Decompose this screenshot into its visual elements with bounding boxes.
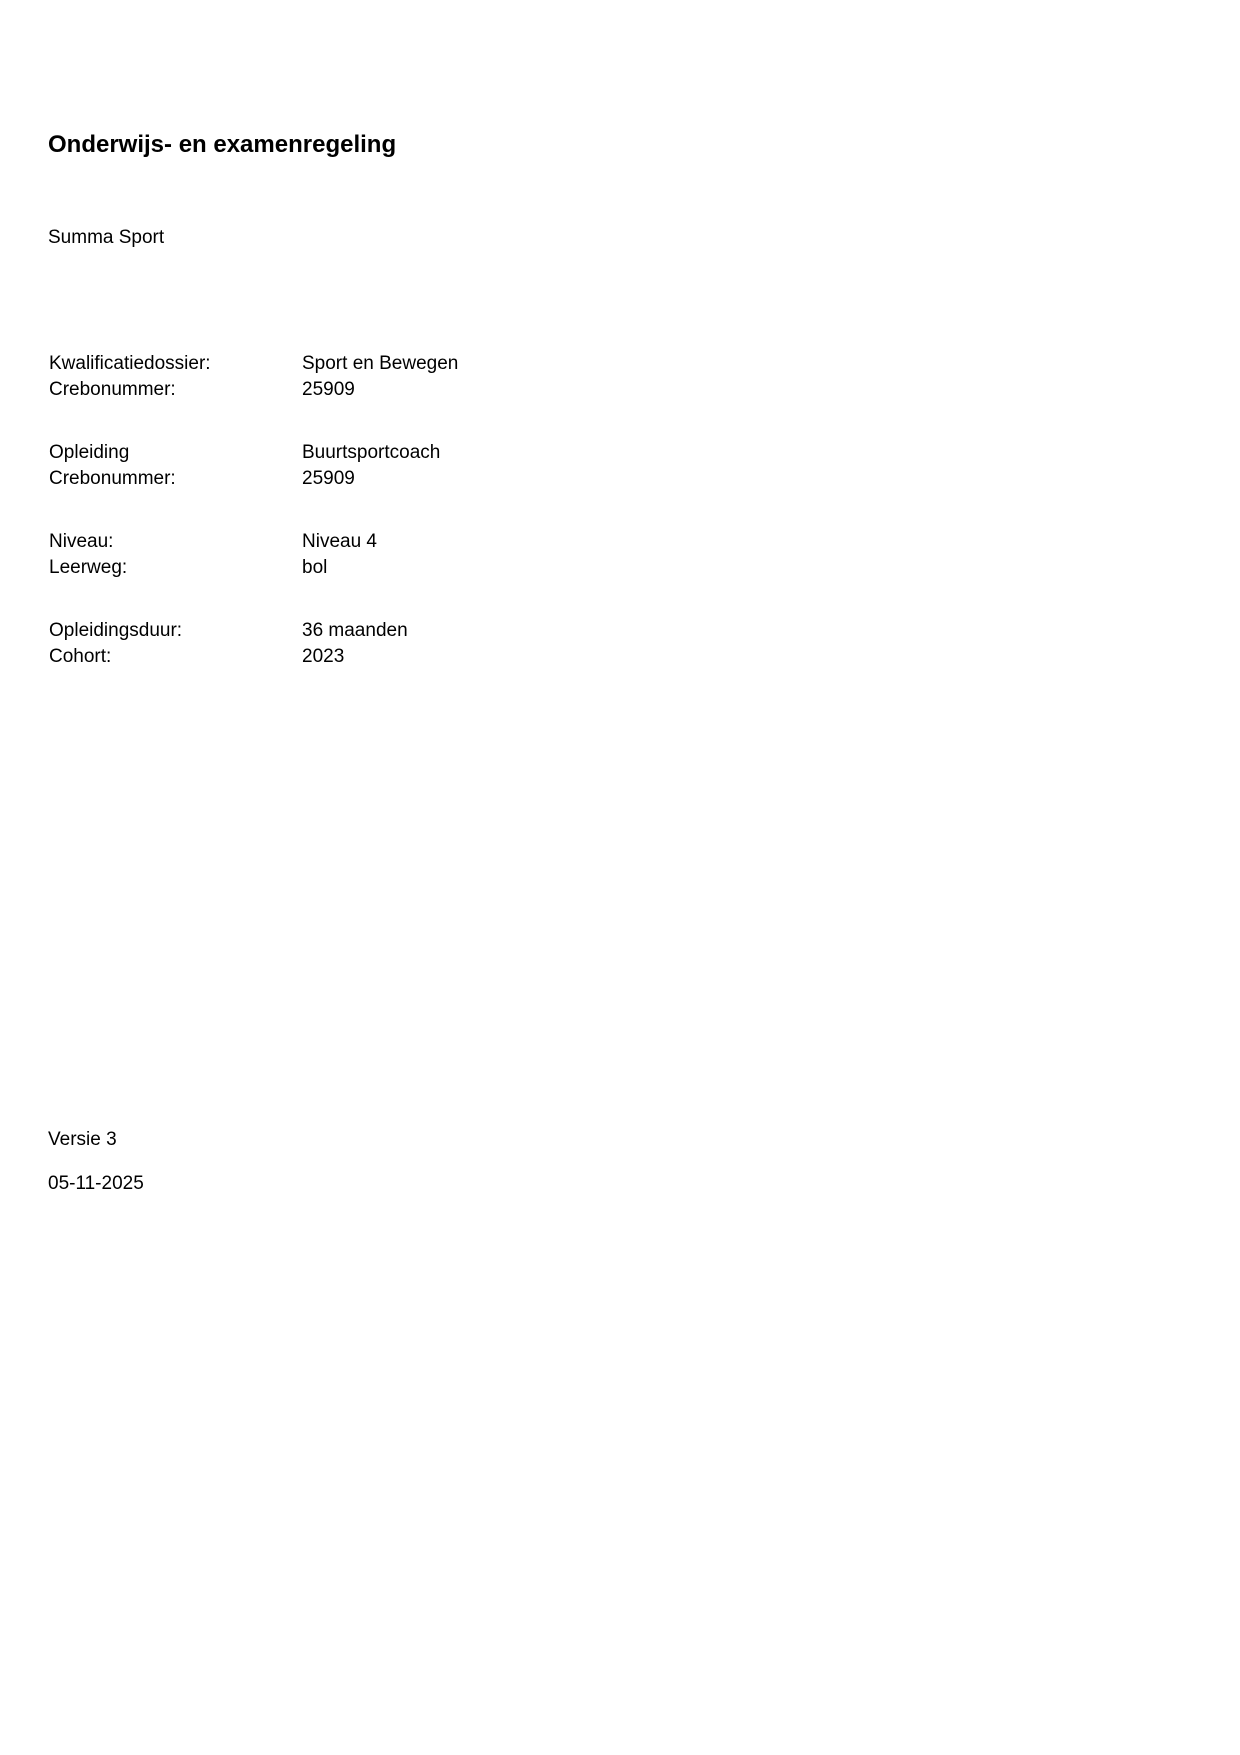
- info-row-niveau: Niveau: Niveau 4: [49, 529, 649, 555]
- info-value: Niveau 4: [302, 529, 377, 555]
- info-value: 25909: [302, 377, 355, 403]
- info-row-crebonummer: Crebonummer: 25909: [49, 466, 649, 492]
- info-value: 25909: [302, 466, 355, 492]
- info-label: Niveau:: [49, 529, 302, 555]
- info-value: bol: [302, 555, 327, 581]
- document-date: 05-11-2025: [48, 1173, 144, 1195]
- info-label: Crebonummer:: [49, 466, 302, 492]
- document-version: Versie 3: [48, 1129, 117, 1151]
- info-value: Sport en Bewegen: [302, 351, 458, 377]
- info-group-duration: Opleidingsduur: 36 maanden Cohort: 2023: [49, 618, 649, 670]
- info-value: 2023: [302, 644, 344, 670]
- document-title: Onderwijs- en examenregeling: [48, 131, 396, 159]
- info-group-education: Opleiding Buurtsportcoach Crebonummer: 2…: [49, 440, 649, 492]
- document-page: Onderwijs- en examenregeling Summa Sport…: [0, 0, 1240, 1755]
- info-label: Cohort:: [49, 644, 302, 670]
- info-label: Crebonummer:: [49, 377, 302, 403]
- info-group-level: Niveau: Niveau 4 Leerweg: bol: [49, 529, 649, 581]
- info-group-qualification-dossier: Kwalificatiedossier: Sport en Bewegen Cr…: [49, 351, 649, 403]
- info-label: Opleiding: [49, 440, 302, 466]
- qualification-info: Kwalificatiedossier: Sport en Bewegen Cr…: [49, 351, 649, 707]
- info-value: Buurtsportcoach: [302, 440, 440, 466]
- info-label: Opleidingsduur:: [49, 618, 302, 644]
- info-row-cohort: Cohort: 2023: [49, 644, 649, 670]
- info-row-crebonummer: Crebonummer: 25909: [49, 377, 649, 403]
- organization-name: Summa Sport: [48, 227, 164, 249]
- info-row-opleiding: Opleiding Buurtsportcoach: [49, 440, 649, 466]
- info-row-leerweg: Leerweg: bol: [49, 555, 649, 581]
- info-row-opleidingsduur: Opleidingsduur: 36 maanden: [49, 618, 649, 644]
- info-row-kwalificatiedossier: Kwalificatiedossier: Sport en Bewegen: [49, 351, 649, 377]
- info-label: Leerweg:: [49, 555, 302, 581]
- info-value: 36 maanden: [302, 618, 408, 644]
- info-label: Kwalificatiedossier:: [49, 351, 302, 377]
